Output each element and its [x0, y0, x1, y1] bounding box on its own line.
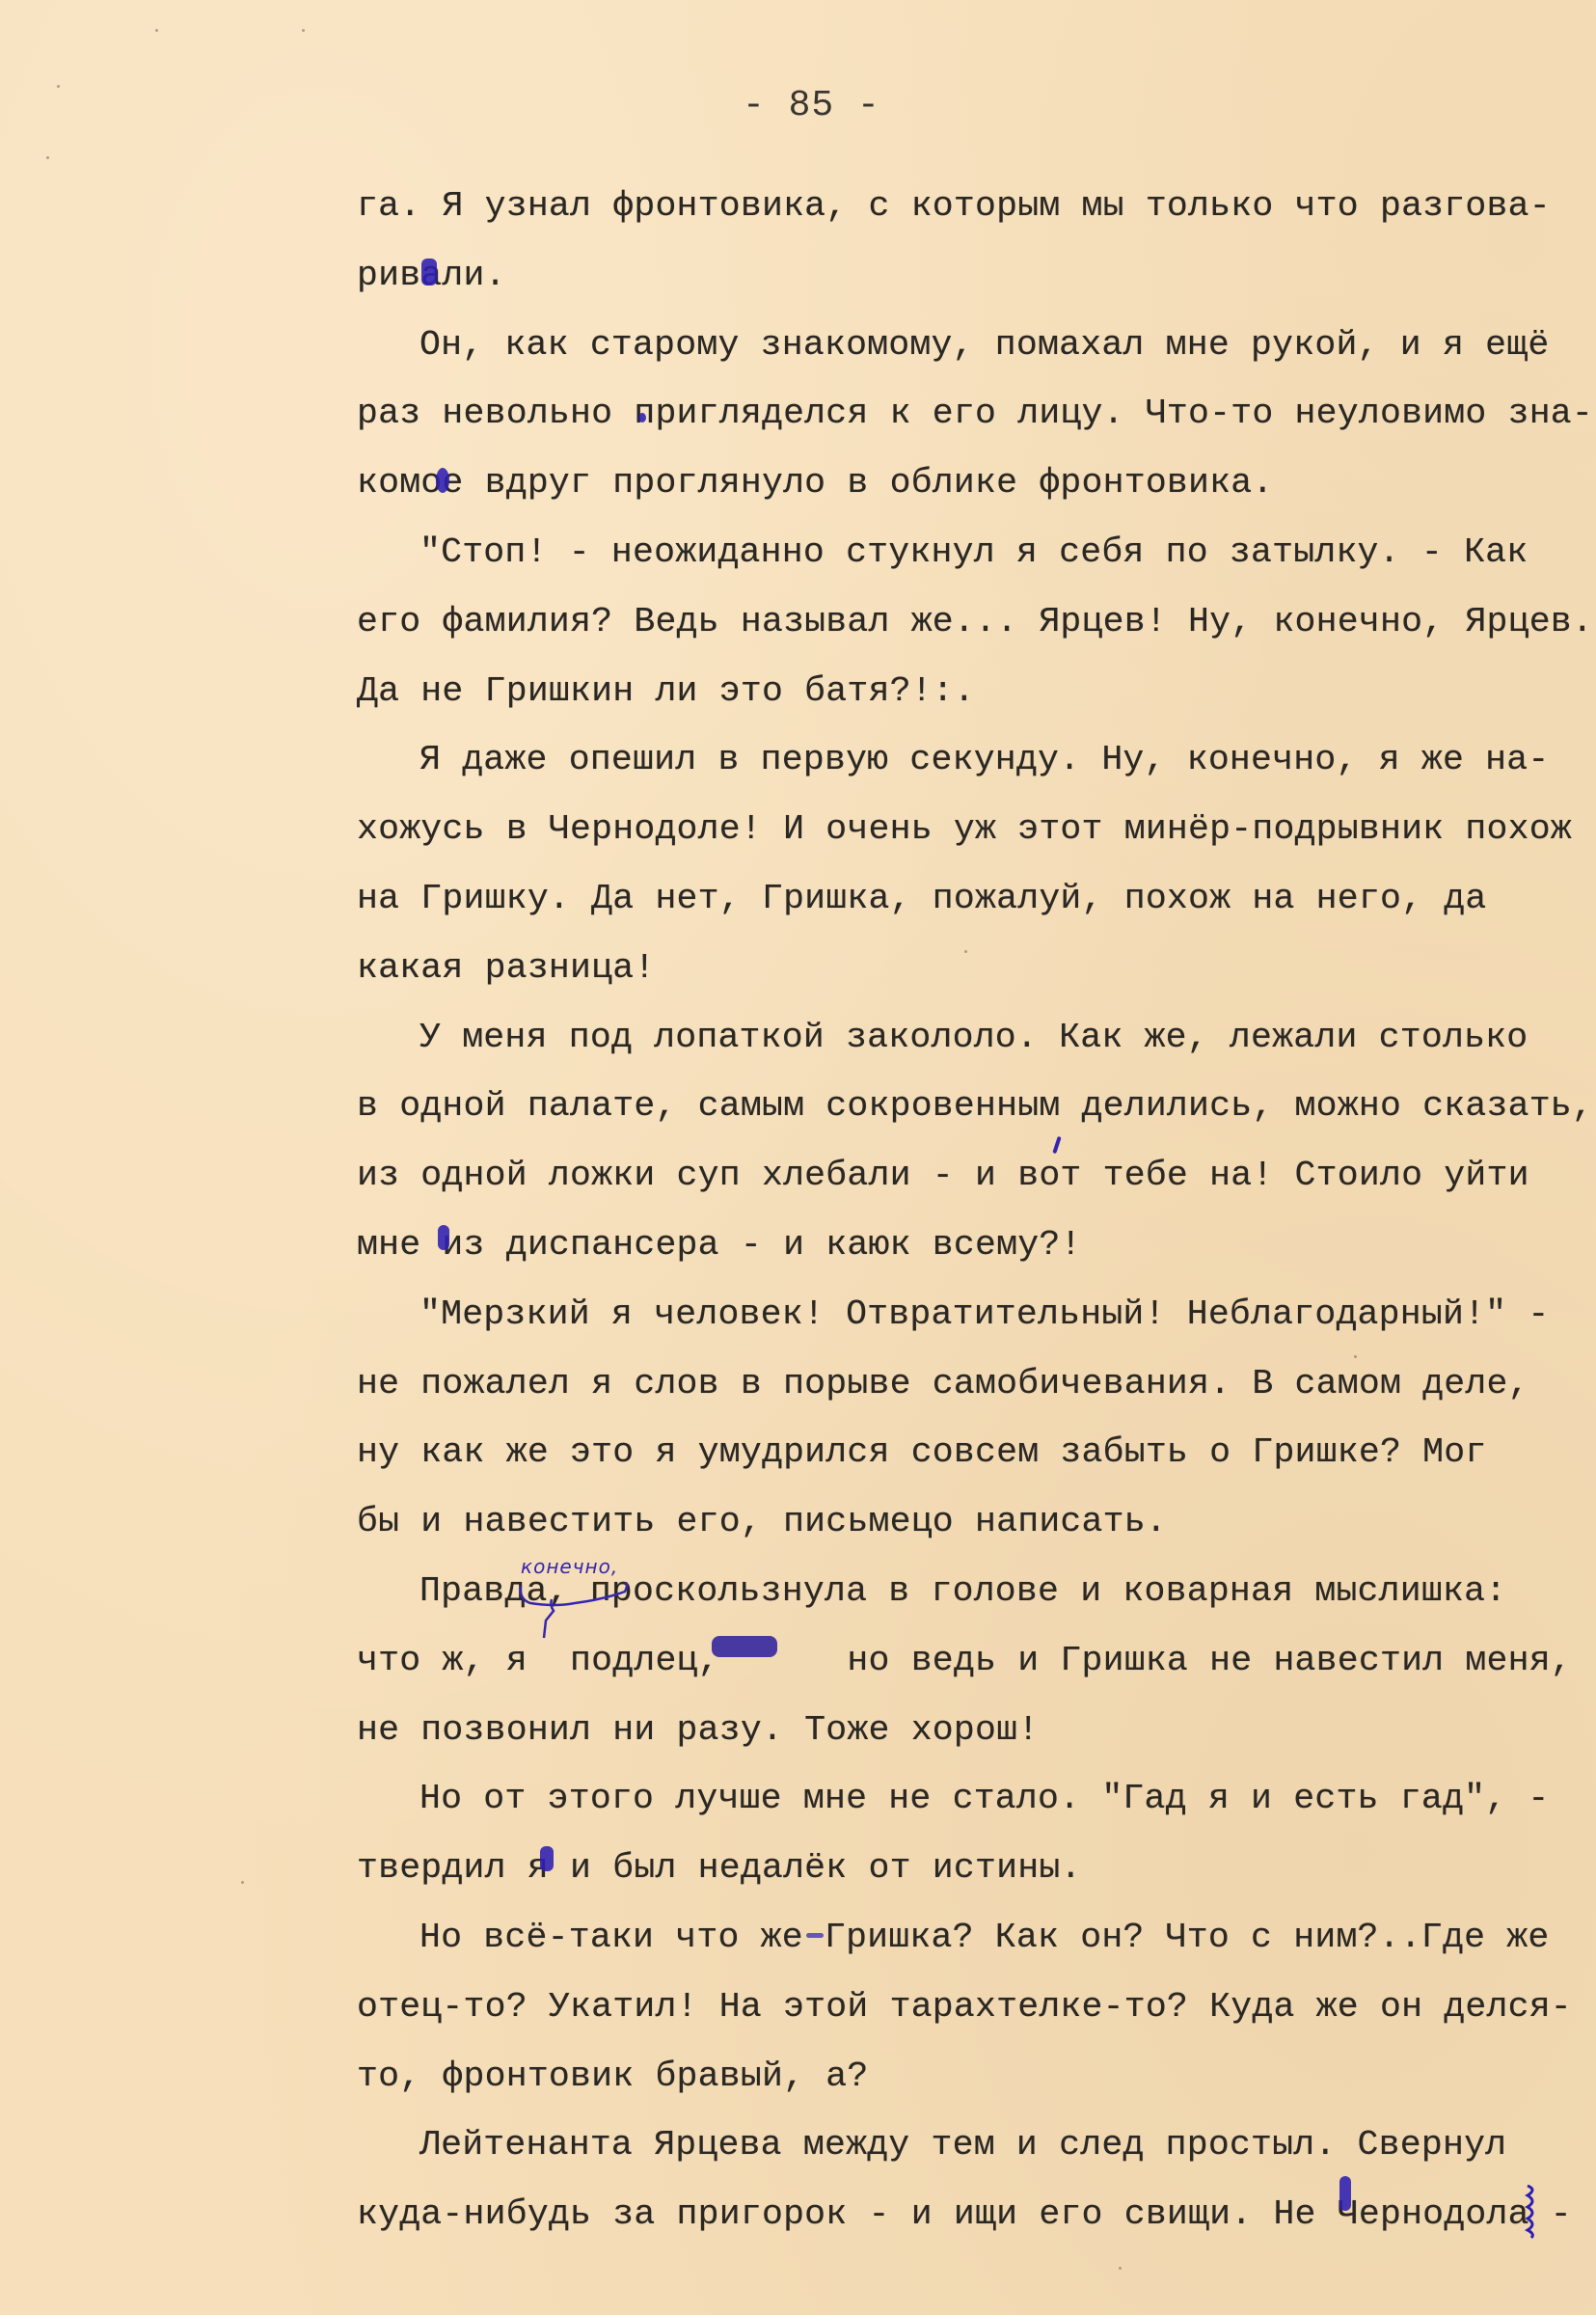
text-line: бы и навестить его, письмецо написать. [357, 1487, 1591, 1557]
document-page: - 85 - га. Я узнал фронтовика, с которым… [0, 0, 1596, 2315]
text-line: комое вдруг проглянуло в облике фронтови… [357, 449, 1591, 518]
ink-correction-chernodola [1339, 2176, 1351, 2211]
typewritten-text-body: га. Я узнал фронтовика, с которым мы тол… [357, 172, 1591, 2249]
ink-correction-iz [438, 1225, 449, 1250]
paper-speck [964, 950, 967, 953]
text-line: Он, как старому знакомому, помахал мне р… [357, 311, 1591, 380]
insertion-caret-mark [517, 1582, 633, 1640]
ink-correction-istiny [540, 1846, 554, 1871]
text-line: из одной ложки суп хлебали - и вот тебе … [357, 1141, 1591, 1211]
paper-speck [1119, 2267, 1122, 2270]
paper-speck [46, 156, 49, 159]
deletion-squiggle-mark [1524, 2182, 1539, 2240]
ink-correction-period [638, 413, 646, 422]
paper-speck [155, 29, 158, 32]
text-line: "Мерзкий я человек! Отвратительный! Небл… [357, 1280, 1591, 1349]
text-line: Но всё-таки что же Гришка? Как он? Что с… [357, 1903, 1591, 1973]
text-line: ну как же это я умудрился совсем забыть … [357, 1418, 1591, 1487]
text-line: Но от этого лучше мне не стало. "Гад я и… [357, 1764, 1591, 1834]
paper-speck [57, 85, 60, 88]
paper-speck [1354, 1355, 1357, 1358]
text-line: раз невольно пригляделся к его лицу. Что… [357, 379, 1591, 449]
text-line: на Гришку. Да нет, Гришка, пожалуй, похо… [357, 864, 1591, 934]
text-line: У меня под лопаткой закололо. Как же, ле… [357, 1003, 1591, 1073]
text-line: мне из диспансера - и каюк всему?! [357, 1211, 1591, 1280]
text-line: его фамилия? Ведь называл же... Ярцев! Н… [357, 587, 1591, 657]
text-line: га. Я узнал фронтовика, с которым мы тол… [357, 172, 1591, 241]
text-line: "Стоп! - неожиданно стукнул я себя по за… [357, 518, 1591, 587]
text-line: то, фронтовик бравый, а? [357, 2042, 1591, 2111]
text-line: Да не Гришкин ли это батя?!:. [357, 657, 1591, 726]
text-line: не позвонил ни разу. Тоже хорош! [357, 1696, 1591, 1765]
text-line: в одной палате, самым сокровенным делили… [357, 1072, 1591, 1141]
struck-out-word [712, 1636, 777, 1657]
handwritten-insertion: конечно, [521, 1555, 618, 1578]
text-line: отец-то? Укатил! На этой тарахтелке-то? … [357, 1973, 1591, 2042]
text-line: какая разница! [357, 934, 1591, 1003]
paper-speck [241, 1881, 244, 1884]
text-line: ривали. [357, 241, 1591, 311]
ink-correction-znakomoe [436, 468, 449, 493]
text-line: куда-нибудь за пригорок - и ищи его свищ… [357, 2180, 1591, 2249]
ink-correction-ellipsis [806, 1933, 824, 1938]
text-line: хожусь в Чернодоле! И очень уж этот минё… [357, 795, 1591, 864]
paper-speck [302, 29, 305, 32]
page-number: - 85 - [743, 85, 880, 126]
text-line: Я даже опешил в первую секунду. Ну, коне… [357, 725, 1591, 795]
ink-correction-rivali [421, 259, 437, 286]
text-line: Лейтенанта Ярцева между тем и след прост… [357, 2111, 1591, 2180]
text-line: не пожалел я слов в порыве самобичевания… [357, 1349, 1591, 1419]
